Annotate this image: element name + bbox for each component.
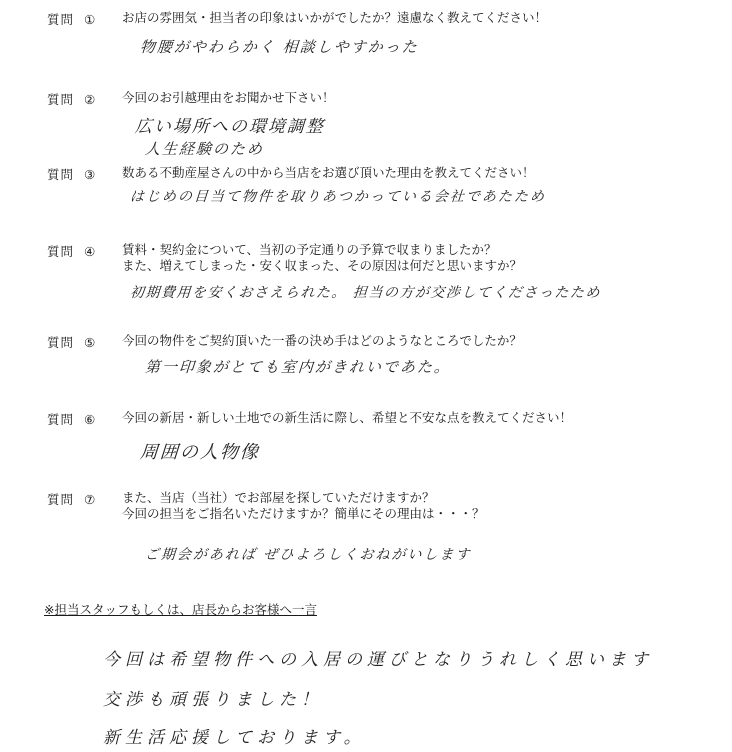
question-7-text: また、当店（当社）でお部屋を探していただけますか？ 今回の担当をご指名いただけま…: [122, 490, 485, 522]
answer-2b: 人生経験のため: [144, 138, 264, 159]
question-1-label: 質問①: [47, 10, 96, 28]
question-4-label: 質問④: [47, 242, 96, 260]
question-4-line-2: また、増えてしまった・安く収まった、その原因は何だと思いますか？: [122, 258, 522, 274]
answer-5: 第一印象がとても室内がきれいであた。: [144, 356, 451, 377]
answer-3: はじめの目当て物件を取りあつかっている会社であたため: [129, 186, 546, 206]
answer-7: ご期会があれば ぜひよろしくおねがいします: [144, 544, 472, 564]
question-3-label: 質問③: [47, 165, 96, 183]
question-1-text: お店の雰囲気・担当者の印象はいかがでしたか？遠慮なく教えてください！: [122, 10, 547, 26]
answer-6: 周囲の人物像: [139, 438, 261, 464]
question-7-line-2: 今回の担当をご指名いただけますか？簡単にその理由は・・・？: [122, 506, 485, 522]
staff-comment-line-3: 新生活応援しております。: [103, 723, 366, 748]
answer-2a: 広い場所への環境調整: [134, 112, 326, 137]
question-7-line-1: また、当店（当社）でお部屋を探していただけますか？: [122, 490, 485, 506]
question-3-text: 数ある不動産屋さんの中から当店をお選び頂いた理由を教えてください！: [122, 165, 535, 181]
answer-1: 物腰がやわらかく 相談しやすかった: [139, 36, 419, 57]
staff-comment-heading: ※担当スタッフもしくは、店長からお客様へ一言: [44, 600, 317, 618]
staff-comment-line-2: 交渉も頑張りました！: [103, 685, 323, 710]
question-4-line-1: 賃料・契約金について、当初の予定通りの予算で収まりましたか？: [122, 242, 522, 258]
question-6-text: 今回の新居・新しい土地での新生活に際し、希望と不安な点を教えてください！: [122, 410, 572, 426]
question-7-label: 質問⑦: [47, 490, 96, 508]
question-5-label: 質問⑤: [47, 333, 96, 351]
staff-comment-line-1: 今回は希望物件への入居の運びとなりうれしく思います: [103, 645, 653, 670]
question-2-label: 質問②: [47, 90, 96, 108]
question-4-text: 賃料・契約金について、当初の予定通りの予算で収まりましたか？ また、増えてしまっ…: [122, 242, 522, 274]
question-2-text: 今回のお引越理由をお聞かせ下さい！: [122, 90, 335, 106]
question-5-text: 今回の物件をご契約頂いた一番の決め手はどのようなところでしたか？: [122, 333, 522, 349]
question-6-label: 質問⑥: [47, 410, 96, 428]
answer-4: 初期費用を安くおさえられた。 担当の方が交渉してくださったため: [129, 282, 601, 302]
